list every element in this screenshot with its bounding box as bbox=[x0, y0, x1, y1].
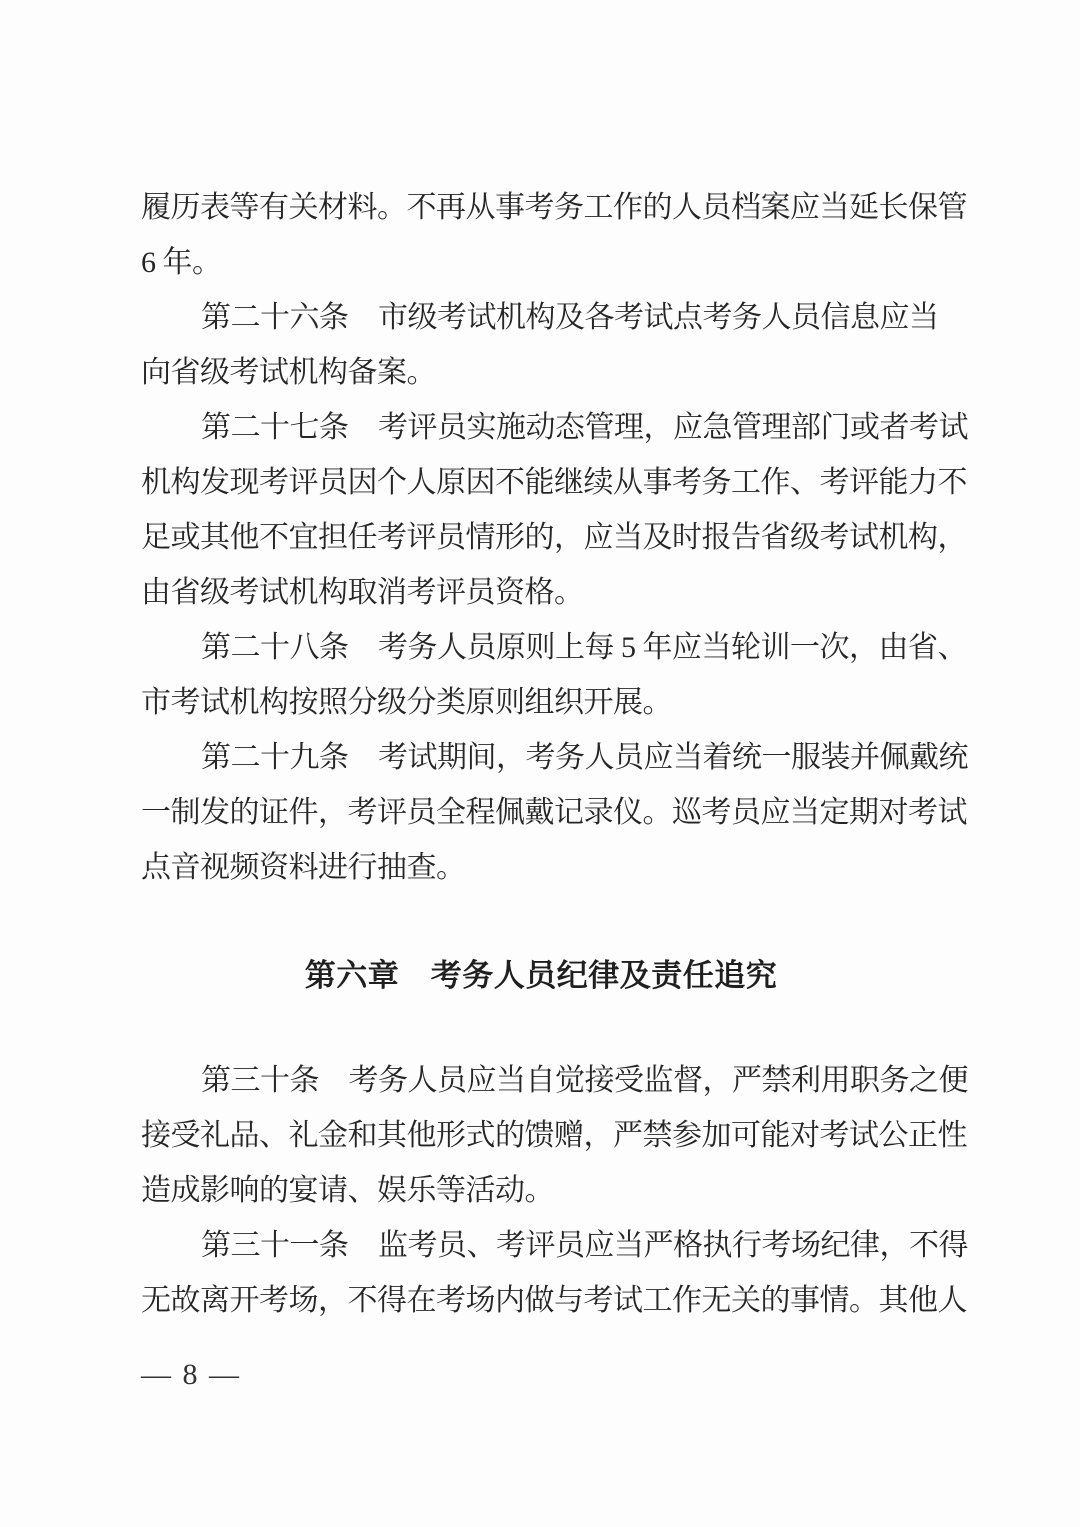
article-30-line: 造成影响的宴请、娱乐等活动。 bbox=[141, 1163, 941, 1218]
chapter-heading: 第六章 考务人员纪律及责任追究 bbox=[141, 948, 941, 1003]
article-29-line: 点音视频资料进行抽查。 bbox=[141, 840, 941, 895]
document-page: 履历表等有关材料。不再从事考务工作的人员档案应当延长保管 6 年。 第二十六条 … bbox=[0, 0, 1080, 1527]
body-text-line: 6 年。 bbox=[141, 235, 941, 290]
article-29-line: 第二十九条 考试期间，考务人员应当着统一服装并佩戴统 bbox=[141, 730, 941, 785]
article-26-line: 向省级考试机构备案。 bbox=[141, 345, 941, 400]
article-29: 第二十九条 考试期间，考务人员应当着统一服装并佩戴统 一制发的证件，考评员全程佩… bbox=[141, 730, 941, 895]
article-28-line: 市考试机构按照分级分类原则组织开展。 bbox=[141, 675, 941, 730]
article-26: 第二十六条 市级考试机构及各考试点考务人员信息应当 向省级考试机构备案。 bbox=[141, 290, 941, 400]
body-text-line: 履历表等有关材料。不再从事考务工作的人员档案应当延长保管 bbox=[141, 180, 941, 235]
article-31-line: 无故离开考场，不得在考场内做与考试工作无关的事情。其他人 bbox=[141, 1273, 941, 1328]
paragraph-continuation: 履历表等有关材料。不再从事考务工作的人员档案应当延长保管 6 年。 bbox=[141, 180, 941, 290]
article-26-line: 第二十六条 市级考试机构及各考试点考务人员信息应当 bbox=[141, 290, 941, 345]
article-31: 第三十一条 监考员、考评员应当严格执行考场纪律，不得 无故离开考场，不得在考场内… bbox=[141, 1218, 941, 1328]
article-27: 第二十七条 考评员实施动态管理，应急管理部门或者考试 机构发现考评员因个人原因不… bbox=[141, 400, 941, 620]
article-30-line: 接受礼品、礼金和其他形式的馈赠，严禁参加可能对考试公正性 bbox=[141, 1108, 941, 1163]
article-28: 第二十八条 考务人员原则上每 5 年应当轮训一次，由省、 市考试机构按照分级分类… bbox=[141, 620, 941, 730]
article-28-line: 第二十八条 考务人员原则上每 5 年应当轮训一次，由省、 bbox=[141, 620, 941, 675]
page-number: — 8 — bbox=[141, 1360, 941, 1390]
article-27-line: 由省级考试机构取消考评员资格。 bbox=[141, 565, 941, 620]
document-body: 履历表等有关材料。不再从事考务工作的人员档案应当延长保管 6 年。 第二十六条 … bbox=[141, 0, 941, 1390]
article-27-line: 足或其他不宜担任考评员情形的，应当及时报告省级考试机构， bbox=[141, 510, 941, 565]
article-31-line: 第三十一条 监考员、考评员应当严格执行考场纪律，不得 bbox=[141, 1218, 941, 1273]
article-29-line: 一制发的证件，考评员全程佩戴记录仪。巡考员应当定期对考试 bbox=[141, 785, 941, 840]
article-30-line: 第三十条 考务人员应当自觉接受监督，严禁利用职务之便 bbox=[141, 1053, 941, 1108]
article-27-line: 第二十七条 考评员实施动态管理，应急管理部门或者考试 bbox=[141, 400, 941, 455]
article-27-line: 机构发现考评员因个人原因不能继续从事考务工作、考评能力不 bbox=[141, 455, 941, 510]
article-30: 第三十条 考务人员应当自觉接受监督，严禁利用职务之便 接受礼品、礼金和其他形式的… bbox=[141, 1053, 941, 1218]
